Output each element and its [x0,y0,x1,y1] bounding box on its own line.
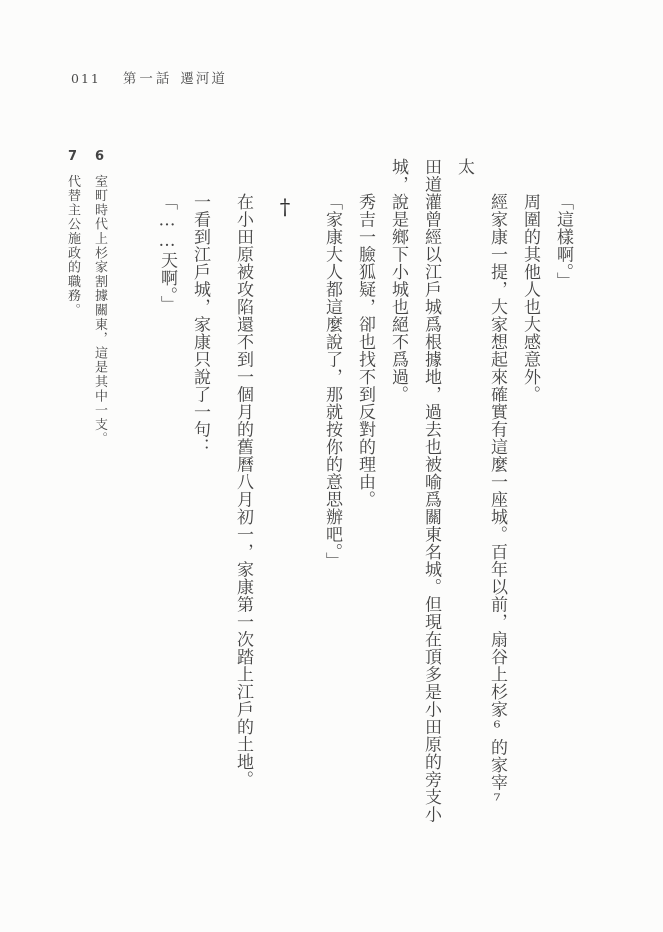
text-column: 「家康大人都這麼說了，那就按你的意思辦吧。」 [315,158,348,826]
chapter-title: 遷河道 [180,67,227,87]
text-column: 城，說是鄉下小城也絕不爲過。 [381,158,414,826]
paragraph: 經家康一提，大家想起來確實有這麼一座城。百年以前，扇谷上杉家⁶的家宰⁷太田道灌曾… [381,158,513,826]
paragraph: 「……天啊。」 [150,158,183,826]
text-column: 田道灌曾經以江戶城爲根據地，過去也被喻爲關東名城。但現在頂多是小田原的旁支小 [414,158,447,826]
paragraph: 「這樣啊。」 [546,158,579,826]
page-number: 011 [71,71,101,86]
paragraph: 秀吉一臉狐疑，卻也找不到反對的理由。 [348,158,381,826]
text-column: 在小田原被攻陷還不到一個月的舊曆八月初一，家康第一次踏上江戶的土地。 [226,158,259,826]
paragraph: 一看到江戶城，家康只說了一句： [183,158,216,826]
running-header: 011 第一話 遷河道 [71,67,227,87]
text-column: 一看到江戶城，家康只說了一句： [183,158,216,826]
book-page: 011 第一話 遷河道 「這樣啊。」周圍的其他人也大感意外。經家康一提，大家想起… [0,0,663,932]
text-column: 周圍的其他人也大感意外。 [513,158,546,826]
text-column: 「這樣啊。」 [546,158,579,826]
chapter-label: 第一話 [123,67,173,87]
section-divider: † [268,158,301,826]
text-column: 秀吉一臉狐疑，卻也找不到反對的理由。 [348,158,381,826]
footnote-text: 室町時代上杉家割據關東，這是其中一支。 [92,174,107,446]
dagger-icon: † [273,195,297,220]
paragraph: 周圍的其他人也大感意外。 [513,158,546,826]
paragraph: 在小田原被攻陷還不到一個月的舊曆八月初一，家康第一次踏上江戶的土地。 [226,158,259,826]
footnote-text: 代替主公施政的職務。 [65,174,80,317]
body-text: 「這樣啊。」周圍的其他人也大感意外。經家康一提，大家想起來確實有這麼一座城。百年… [150,158,579,826]
footnote-number: 6 [92,149,107,165]
paragraph: 「家康大人都這麼說了，那就按你的意思辦吧。」 [315,158,348,826]
footnote: 6室町時代上杉家割據關東，這是其中一支。 [86,149,113,489]
footnotes: 6室町時代上杉家割據關東，這是其中一支。7代替主公施政的職務。 [59,149,113,489]
text-column: 「……天啊。」 [150,158,183,826]
footnote-number: 7 [65,149,80,165]
text-column: 經家康一提，大家想起來確實有這麼一座城。百年以前，扇谷上杉家⁶的家宰⁷太 [447,158,513,826]
footnote: 7代替主公施政的職務。 [59,149,86,489]
